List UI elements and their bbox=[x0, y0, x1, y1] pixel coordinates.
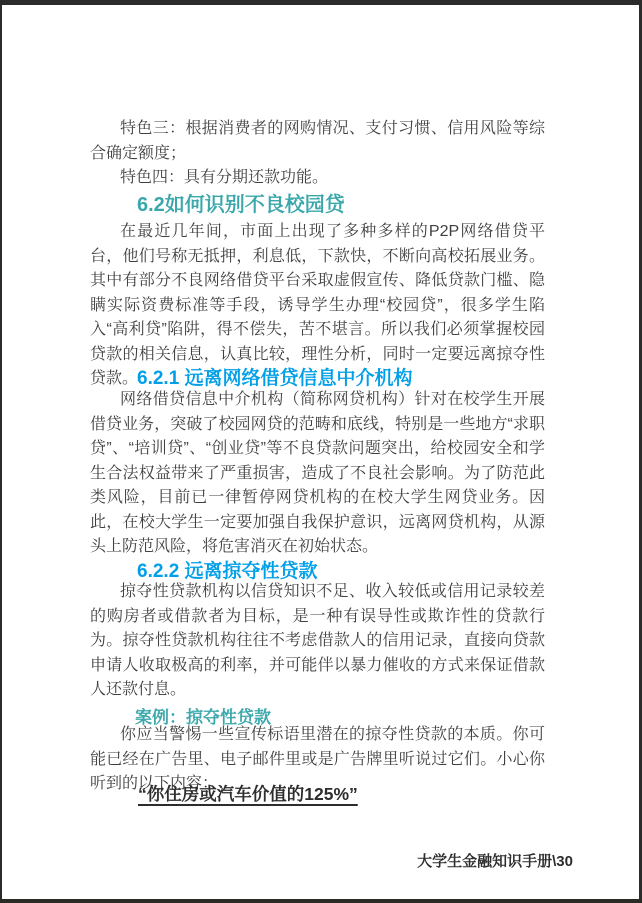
page-left-edge bbox=[0, 0, 2, 903]
paragraph-p2p-campus-loans: 在最近几年间，市面上出现了多种多样的P2P网络借贷平台，他们号称无抵押，利息低，… bbox=[90, 220, 545, 392]
page-footer-handbook-page-number: 大学生金融知识手册\30 bbox=[417, 853, 573, 870]
subsection-heading-6-2-1: 6.2.1 远离网络借贷信息中介机构 bbox=[137, 368, 413, 389]
paragraph-feature-three: 特色三：根据消费者的网购情况、支付习惯、信用风险等综合确定额度； bbox=[90, 117, 545, 166]
quote-slogan-underlined: “你住房或汽车价值的125%” bbox=[138, 784, 358, 804]
page-bottom-edge bbox=[0, 899, 642, 903]
page-top-edge bbox=[0, 0, 642, 5]
paragraph-predatory-loans: 掠夺性贷款机构以信贷知识不足、收入较低或信用记录较差的购房者或借款者为目标，是一… bbox=[90, 580, 545, 703]
paragraph-feature-four: 特色四：具有分期还款功能。 bbox=[90, 166, 545, 191]
document-page: 特色三：根据消费者的网购情况、支付习惯、信用风险等综合确定额度； 特色四：具有分… bbox=[0, 0, 642, 903]
section-heading-6-2: 6.2如何识别不良校园贷 bbox=[137, 194, 345, 216]
paragraph-online-lending-intermediaries: 网络借贷信息中介机构（简称网贷机构）针对在校学生开展借贷业务，突破了校园网贷的范… bbox=[90, 388, 545, 560]
subsection-heading-6-2-2: 6.2.2 远离掠夺性贷款 bbox=[137, 561, 318, 582]
